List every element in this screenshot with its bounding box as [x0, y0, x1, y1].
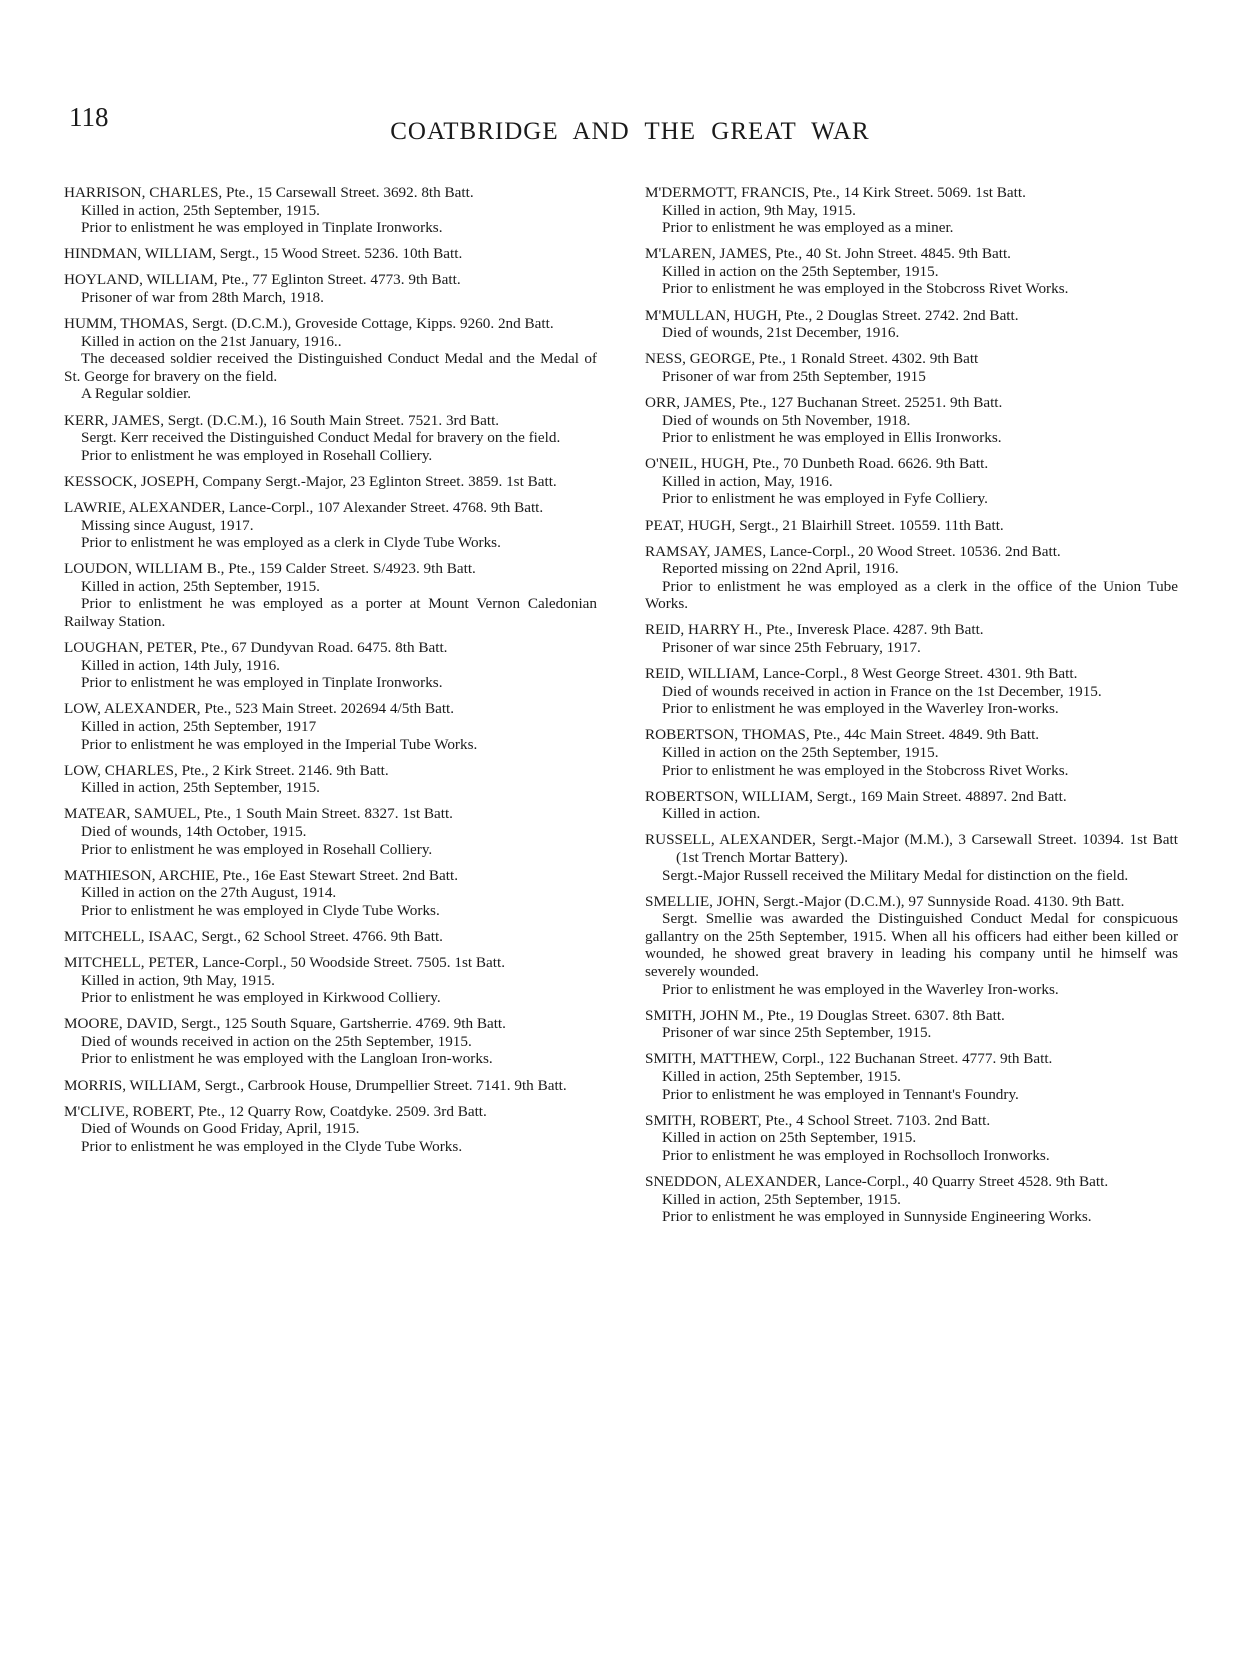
- entry-note: Died of wounds, 21st December, 1916.: [645, 324, 1178, 342]
- entry-heading: MATHIESON, ARCHIE, Pte., 16e East Stewar…: [64, 867, 597, 885]
- entry-heading: RAMSAY, JAMES, Lance-Corpl., 20 Wood Str…: [645, 543, 1178, 561]
- entry-heading: HARRISON, CHARLES, Pte., 15 Carsewall St…: [64, 184, 597, 202]
- entry-note: Prior to enlistment he was employed as a…: [645, 219, 1178, 237]
- roll-entry: NESS, GEORGE, Pte., 1 Ronald Street. 430…: [645, 350, 1178, 385]
- entry-note: Sergt. Kerr received the Distinguished C…: [64, 429, 597, 447]
- entry-note: Prior to enlistment he was employed in t…: [645, 981, 1178, 999]
- roll-entry: M'LAREN, JAMES, Pte., 40 St. John Street…: [645, 245, 1178, 298]
- roll-entry: HARRISON, CHARLES, Pte., 15 Carsewall St…: [64, 184, 597, 237]
- roll-entry: KERR, JAMES, Sergt. (D.C.M.), 16 South M…: [64, 412, 597, 465]
- entry-note: Prior to enlistment he was employed in R…: [645, 1147, 1178, 1165]
- roll-entry: MORRIS, WILLIAM, Sergt., Carbrook House,…: [64, 1077, 597, 1095]
- right-column: M'DERMOTT, FRANCIS, Pte., 14 Kirk Street…: [645, 184, 1178, 1234]
- entry-note: Killed in action on the 21st January, 19…: [64, 333, 597, 351]
- entry-heading: SMITH, ROBERT, Pte., 4 School Street. 71…: [645, 1112, 1178, 1130]
- roll-entry: SMITH, MATTHEW, Corpl., 122 Buchanan Str…: [645, 1050, 1178, 1103]
- entry-note: Killed in action, 25th September, 1915.: [645, 1191, 1178, 1209]
- entry-heading: RUSSELL, ALEXANDER, Sergt.-Major (M.M.),…: [645, 831, 1178, 866]
- entry-heading: HOYLAND, WILLIAM, Pte., 77 Eglinton Stre…: [64, 271, 597, 289]
- entry-heading: M'LAREN, JAMES, Pte., 40 St. John Street…: [645, 245, 1178, 263]
- roll-entry: REID, WILLIAM, Lance-Corpl., 8 West Geor…: [645, 665, 1178, 718]
- entry-note: Sergt.-Major Russell received the Milita…: [645, 867, 1178, 885]
- entry-heading: LOW, CHARLES, Pte., 2 Kirk Street. 2146.…: [64, 762, 597, 780]
- roll-entry: SMITH, JOHN M., Pte., 19 Douglas Street.…: [645, 1007, 1178, 1042]
- entry-note: Died of wounds received in action on the…: [64, 1033, 597, 1051]
- entry-note: Prior to enlistment he was employed in S…: [645, 1208, 1178, 1226]
- roll-entry: LOW, ALEXANDER, Pte., 523 Main Street. 2…: [64, 700, 597, 753]
- entry-note: Reported missing on 22nd April, 1916.: [645, 560, 1178, 578]
- entry-note: Killed in action, 25th September, 1915.: [64, 578, 597, 596]
- roll-entry: REID, HARRY H., Pte., Inveresk Place. 42…: [645, 621, 1178, 656]
- entry-heading: KESSOCK, JOSEPH, Company Sergt.-Major, 2…: [64, 473, 597, 491]
- entry-note: The deceased soldier received the Distin…: [64, 350, 597, 385]
- entry-note: Prior to enlistment he was employed with…: [64, 1050, 597, 1068]
- entry-heading: ROBERTSON, WILLIAM, Sergt., 169 Main Str…: [645, 788, 1178, 806]
- entry-heading: LOW, ALEXANDER, Pte., 523 Main Street. 2…: [64, 700, 597, 718]
- entry-heading: SNEDDON, ALEXANDER, Lance-Corpl., 40 Qua…: [645, 1173, 1178, 1191]
- entry-heading: SMITH, MATTHEW, Corpl., 122 Buchanan Str…: [645, 1050, 1178, 1068]
- entry-heading: LOUDON, WILLIAM B., Pte., 159 Calder Str…: [64, 560, 597, 578]
- roll-entry: SNEDDON, ALEXANDER, Lance-Corpl., 40 Qua…: [645, 1173, 1178, 1226]
- entry-note: Prisoner of war since 25th September, 19…: [645, 1024, 1178, 1042]
- entry-note: Killed in action, 25th September, 1915.: [64, 202, 597, 220]
- entry-heading: LAWRIE, ALEXANDER, Lance-Corpl., 107 Ale…: [64, 499, 597, 517]
- entry-heading: NESS, GEORGE, Pte., 1 Ronald Street. 430…: [645, 350, 1178, 368]
- roll-entry: O'NEIL, HUGH, Pte., 70 Dunbeth Road. 662…: [645, 455, 1178, 508]
- entry-note: Killed in action, 25th September, 1915.: [64, 779, 597, 797]
- entry-note: Died of wounds on 5th November, 1918.: [645, 412, 1178, 430]
- entry-heading: MITCHELL, PETER, Lance-Corpl., 50 Woodsi…: [64, 954, 597, 972]
- entry-note: Prior to enlistment he was employed in F…: [645, 490, 1178, 508]
- entry-heading: ORR, JAMES, Pte., 127 Buchanan Street. 2…: [645, 394, 1178, 412]
- roll-entry: ROBERTSON, THOMAS, Pte., 44c Main Street…: [645, 726, 1178, 779]
- entry-heading: SMITH, JOHN M., Pte., 19 Douglas Street.…: [645, 1007, 1178, 1025]
- roll-entry: LAWRIE, ALEXANDER, Lance-Corpl., 107 Ale…: [64, 499, 597, 552]
- entry-note: Prior to enlistment he was employed in K…: [64, 989, 597, 1007]
- entry-note: Prior to enlistment he was employed in T…: [64, 674, 597, 692]
- entry-heading: O'NEIL, HUGH, Pte., 70 Dunbeth Road. 662…: [645, 455, 1178, 473]
- entry-note: Prior to enlistment he was employed in C…: [64, 902, 597, 920]
- entry-note: Killed in action, May, 1916.: [645, 473, 1178, 491]
- roll-entry: MATHIESON, ARCHIE, Pte., 16e East Stewar…: [64, 867, 597, 920]
- entry-heading: PEAT, HUGH, Sergt., 21 Blairhill Street.…: [645, 517, 1178, 535]
- entry-note: Sergt. Smellie was awarded the Distingui…: [645, 910, 1178, 980]
- entry-note: Prior to enlistment he was employed in t…: [64, 1138, 597, 1156]
- entry-heading: ROBERTSON, THOMAS, Pte., 44c Main Street…: [645, 726, 1178, 744]
- entry-note: Killed in action on the 25th September, …: [645, 744, 1178, 762]
- entry-note: Prior to enlistment he was employed in t…: [645, 700, 1178, 718]
- entry-note: Missing since August, 1917.: [64, 517, 597, 535]
- entry-note: Killed in action, 25th September, 1917: [64, 718, 597, 736]
- entry-heading: HUMM, THOMAS, Sergt. (D.C.M.), Groveside…: [64, 315, 597, 333]
- roll-entry: PEAT, HUGH, Sergt., 21 Blairhill Street.…: [645, 517, 1178, 535]
- entry-note: Prior to enlistment he was employed in E…: [645, 429, 1178, 447]
- entry-heading: MATEAR, SAMUEL, Pte., 1 South Main Stree…: [64, 805, 597, 823]
- left-column: HARRISON, CHARLES, Pte., 15 Carsewall St…: [64, 184, 597, 1164]
- roll-entry: HINDMAN, WILLIAM, Sergt., 15 Wood Street…: [64, 245, 597, 263]
- entry-note: Prior to enlistment he was employed in t…: [64, 736, 597, 754]
- entry-heading: REID, WILLIAM, Lance-Corpl., 8 West Geor…: [645, 665, 1178, 683]
- roll-entry: ROBERTSON, WILLIAM, Sergt., 169 Main Str…: [645, 788, 1178, 823]
- entry-note: Killed in action on the 25th September, …: [645, 263, 1178, 281]
- entry-heading: MITCHELL, ISAAC, Sergt., 62 School Stree…: [64, 928, 597, 946]
- entry-note: Prior to enlistment he was employed in T…: [64, 219, 597, 237]
- entry-note: Prior to enlistment he was employed as a…: [64, 534, 597, 552]
- roll-entry: MATEAR, SAMUEL, Pte., 1 South Main Stree…: [64, 805, 597, 858]
- running-title: COATBRIDGE AND THE GREAT WAR: [0, 118, 1240, 146]
- roll-entry: M'CLIVE, ROBERT, Pte., 12 Quarry Row, Co…: [64, 1103, 597, 1156]
- entry-heading: HINDMAN, WILLIAM, Sergt., 15 Wood Street…: [64, 245, 597, 263]
- entry-note: Died of wounds received in action in Fra…: [645, 683, 1178, 701]
- roll-entry: ORR, JAMES, Pte., 127 Buchanan Street. 2…: [645, 394, 1178, 447]
- entry-heading: M'MULLAN, HUGH, Pte., 2 Douglas Street. …: [645, 307, 1178, 325]
- entry-heading: MOORE, DAVID, Sergt., 125 South Square, …: [64, 1015, 597, 1033]
- entry-note: Killed in action, 9th May, 1915.: [645, 202, 1178, 220]
- entry-heading: SMELLIE, JOHN, Sergt.-Major (D.C.M.), 97…: [645, 893, 1178, 911]
- entry-note: A Regular soldier.: [64, 385, 597, 403]
- entry-note: Died of Wounds on Good Friday, April, 19…: [64, 1120, 597, 1138]
- entry-note: Prior to enlistment he was employed as a…: [64, 595, 597, 630]
- roll-entry: SMELLIE, JOHN, Sergt.-Major (D.C.M.), 97…: [645, 893, 1178, 999]
- entry-note: Prisoner of war from 25th September, 191…: [645, 368, 1178, 386]
- entry-note: Prior to enlistment he was employed in T…: [645, 1086, 1178, 1104]
- entry-note: Killed in action, 25th September, 1915.: [645, 1068, 1178, 1086]
- entry-note: Prior to enlistment he was employed in t…: [645, 762, 1178, 780]
- roll-entry: MITCHELL, PETER, Lance-Corpl., 50 Woodsi…: [64, 954, 597, 1007]
- entry-note: Killed in action on the 27th August, 191…: [64, 884, 597, 902]
- entry-note: Prisoner of war from 28th March, 1918.: [64, 289, 597, 307]
- entry-note: Prior to enlistment he was employed in t…: [645, 280, 1178, 298]
- roll-entry: LOUGHAN, PETER, Pte., 67 Dundyvan Road. …: [64, 639, 597, 692]
- entry-note: Killed in action.: [645, 805, 1178, 823]
- roll-entry: MOORE, DAVID, Sergt., 125 South Square, …: [64, 1015, 597, 1068]
- entry-heading: MORRIS, WILLIAM, Sergt., Carbrook House,…: [64, 1077, 597, 1095]
- entry-note: Killed in action, 14th July, 1916.: [64, 657, 597, 675]
- entry-note: Died of wounds, 14th October, 1915.: [64, 823, 597, 841]
- roll-entry: M'MULLAN, HUGH, Pte., 2 Douglas Street. …: [645, 307, 1178, 342]
- entry-note: Killed in action on 25th September, 1915…: [645, 1129, 1178, 1147]
- entry-note: Prior to enlistment he was employed in R…: [64, 447, 597, 465]
- entry-heading: KERR, JAMES, Sergt. (D.C.M.), 16 South M…: [64, 412, 597, 430]
- roll-entry: HUMM, THOMAS, Sergt. (D.C.M.), Groveside…: [64, 315, 597, 403]
- roll-entry: MITCHELL, ISAAC, Sergt., 62 School Stree…: [64, 928, 597, 946]
- entry-note: Killed in action, 9th May, 1915.: [64, 972, 597, 990]
- entry-heading: LOUGHAN, PETER, Pte., 67 Dundyvan Road. …: [64, 639, 597, 657]
- roll-entry: RUSSELL, ALEXANDER, Sergt.-Major (M.M.),…: [645, 831, 1178, 884]
- entry-note: Prior to enlistment he was employed in R…: [64, 841, 597, 859]
- entry-note: Prior to enlistment he was employed as a…: [645, 578, 1178, 613]
- roll-entry: M'DERMOTT, FRANCIS, Pte., 14 Kirk Street…: [645, 184, 1178, 237]
- roll-entry: RAMSAY, JAMES, Lance-Corpl., 20 Wood Str…: [645, 543, 1178, 613]
- roll-entry: LOW, CHARLES, Pte., 2 Kirk Street. 2146.…: [64, 762, 597, 797]
- roll-entry: LOUDON, WILLIAM B., Pte., 159 Calder Str…: [64, 560, 597, 630]
- entry-heading: M'DERMOTT, FRANCIS, Pte., 14 Kirk Street…: [645, 184, 1178, 202]
- entry-heading: M'CLIVE, ROBERT, Pte., 12 Quarry Row, Co…: [64, 1103, 597, 1121]
- roll-entry: HOYLAND, WILLIAM, Pte., 77 Eglinton Stre…: [64, 271, 597, 306]
- roll-entry: SMITH, ROBERT, Pte., 4 School Street. 71…: [645, 1112, 1178, 1165]
- entry-note: Prisoner of war since 25th February, 191…: [645, 639, 1178, 657]
- roll-entry: KESSOCK, JOSEPH, Company Sergt.-Major, 2…: [64, 473, 597, 491]
- entry-heading: REID, HARRY H., Pte., Inveresk Place. 42…: [645, 621, 1178, 639]
